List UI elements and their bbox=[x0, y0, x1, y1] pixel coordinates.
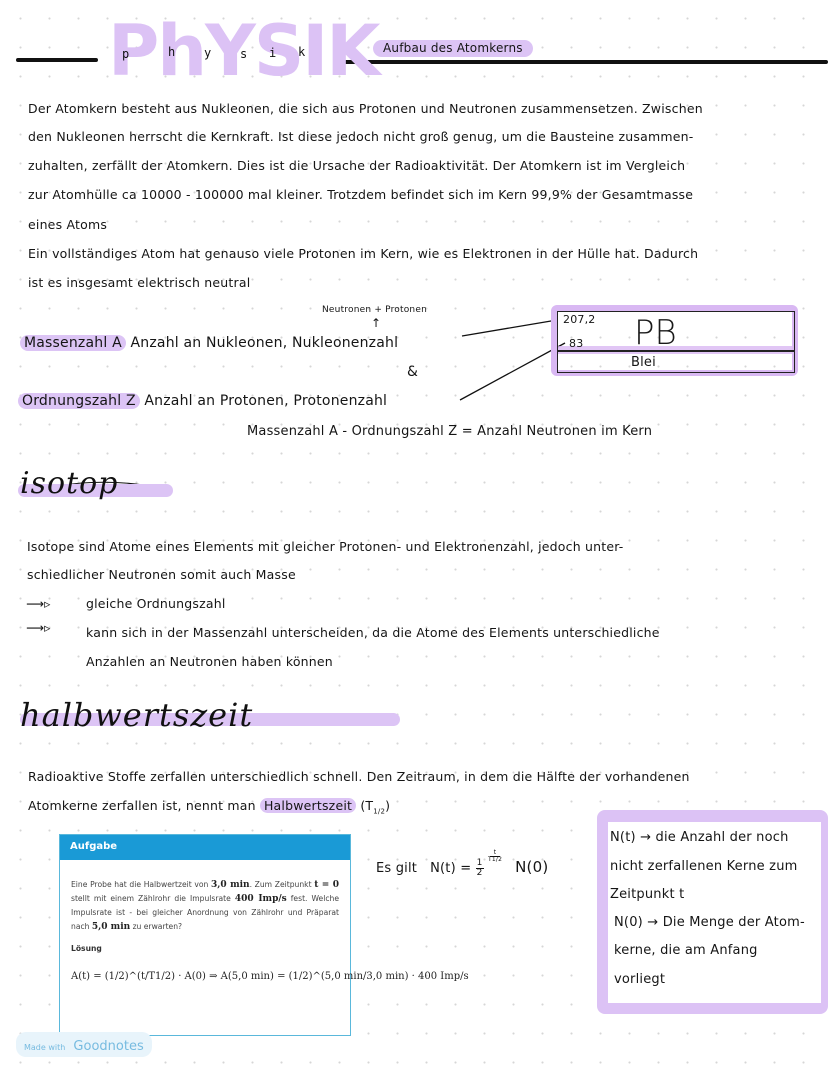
annotation-neutrons-protons: Neutronen + Protonen bbox=[322, 305, 427, 315]
text-line: den Nukleonen herrscht die Kernkraft. Is… bbox=[28, 129, 693, 144]
text-segment: Atomkerne zerfallen ist, nennt man bbox=[28, 798, 256, 813]
element-symbol: PB bbox=[634, 316, 677, 350]
task-header: Aufgabe bbox=[60, 835, 350, 860]
title-letter: p bbox=[122, 47, 129, 61]
text-segment: stellt mit einem Zählrohr die Impulsrate bbox=[71, 894, 235, 903]
badge-brand: Goodnotes bbox=[73, 1039, 143, 1054]
text-line: ist es insgesamt elektrisch neutral bbox=[28, 275, 250, 290]
task-box: Aufgabe Eine Probe hat die Halbwertzeit … bbox=[59, 834, 351, 1036]
symbol-close: ) bbox=[385, 798, 390, 813]
note-line: vorliegt bbox=[614, 972, 665, 987]
bullet-continuation: Anzahlen an Neutronen haben können bbox=[86, 654, 333, 669]
goodnotes-badge[interactable]: Made with Goodnotes bbox=[16, 1032, 152, 1057]
text-line: Der Atomkern besteht aus Nukleonen, die … bbox=[28, 101, 703, 116]
value-t0: t = 0 bbox=[314, 880, 339, 890]
arrow-right-icon: ⟶▹ bbox=[26, 596, 51, 611]
page-subtitle: Aufbau des Atomkerns bbox=[373, 40, 533, 57]
text-line: zuhalten, zerfällt der Atomkern. Dies is… bbox=[28, 158, 685, 173]
element-number: 83 bbox=[569, 337, 583, 350]
connector-and: & bbox=[407, 364, 418, 380]
value-time: 5,0 min bbox=[92, 922, 130, 932]
fraction-num: 1 bbox=[477, 859, 483, 868]
note-line: Zeitpunkt t bbox=[610, 887, 684, 902]
value-rate: 400 Imp/s bbox=[235, 894, 287, 904]
text-line: Ein vollständiges Atom hat genauso viele… bbox=[28, 246, 698, 261]
symbol-t: (T bbox=[360, 798, 373, 813]
text-line: zur Atomhülle ca 10000 - 100000 mal klei… bbox=[28, 187, 693, 202]
isotope-heading: isotop bbox=[20, 466, 118, 501]
text-line: Isotope sind Atome eines Elements mit gl… bbox=[27, 539, 624, 554]
bullet-text: kann sich in der Massenzahl unterscheide… bbox=[86, 625, 660, 640]
title-letter: y bbox=[204, 46, 211, 60]
atomic-number-label: Ordnungszahl Z bbox=[18, 393, 140, 409]
bullet-text: gleiche Ordnungszahl bbox=[86, 596, 226, 611]
text-line: Radioaktive Stoffe zerfallen unterschied… bbox=[28, 769, 690, 784]
text-line: eines Atoms bbox=[28, 217, 107, 232]
solution-formula: A(t) = (1/2)^(t/T1/2) · A(0) ⇒ A(5,0 min… bbox=[71, 970, 339, 984]
title-letter: k bbox=[298, 45, 305, 59]
formula-prefix: Es gilt bbox=[376, 861, 417, 876]
atomic-number-description: Anzahl an Protonen, Protonenzahl bbox=[144, 393, 387, 409]
annotation-arrow-icon: ↑ bbox=[371, 316, 381, 330]
formula-rhs: N(0) bbox=[515, 858, 548, 876]
arrow-right-icon: ⟶▹ bbox=[26, 620, 51, 635]
note-line: N(0) → Die Menge der Atom- bbox=[614, 915, 805, 930]
exponent-den: T1/2 bbox=[488, 857, 502, 863]
text-segment: Eine Probe hat die Halbwertzeit von bbox=[71, 880, 211, 889]
value-halflife: 3,0 min bbox=[211, 880, 250, 890]
solution-label: Lösung bbox=[71, 942, 339, 956]
formula-lhs: N(t) = bbox=[430, 861, 471, 876]
neutron-formula: Massenzahl A - Ordnungszahl Z = Anzahl N… bbox=[247, 424, 652, 439]
text-line: schiedlicher Neutronen somit auch Masse bbox=[27, 567, 296, 582]
formula-fraction: 1 2 bbox=[476, 859, 484, 878]
halflife-term-highlight: Halbwertszeit bbox=[260, 798, 356, 813]
title-letter: s bbox=[240, 47, 247, 61]
text-segment: . Zum Zeitpunkt bbox=[250, 880, 315, 889]
decay-formula: Es gilt N(t) = 1 2 t T1/2 N(0) bbox=[376, 858, 548, 878]
task-question: Eine Probe hat die Halbwertzeit von 3,0 … bbox=[71, 878, 339, 934]
symbol-sub: 1/2 bbox=[373, 808, 385, 816]
mass-number-label: Massenzahl A bbox=[20, 335, 126, 351]
note-line: nicht zerfallenen Kerne zum bbox=[610, 859, 798, 874]
element-name: Blei bbox=[631, 355, 656, 370]
fraction-den: 2 bbox=[477, 869, 483, 878]
header-rule-left bbox=[16, 58, 98, 62]
halflife-heading: halbwertszeit bbox=[20, 696, 253, 734]
header-rule-right bbox=[333, 60, 828, 64]
formula-exponent: t T1/2 bbox=[488, 850, 502, 863]
mass-number-description: Anzahl an Nukleonen, Nukleonenzahl bbox=[131, 335, 399, 351]
note-line: kerne, die am Anfang bbox=[614, 943, 758, 958]
title-letter: i bbox=[269, 46, 276, 60]
element-mass: 207,2 bbox=[563, 313, 596, 326]
title-letter: h bbox=[168, 45, 175, 59]
halflife-symbol: (T1/2) bbox=[360, 798, 390, 813]
note-line: N(t) → die Anzahl der noch bbox=[610, 830, 789, 845]
badge-prefix: Made with bbox=[24, 1043, 65, 1052]
text-segment: zu erwarten? bbox=[130, 922, 182, 931]
task-body: Eine Probe hat die Halbwertzeit von 3,0 … bbox=[60, 860, 350, 984]
